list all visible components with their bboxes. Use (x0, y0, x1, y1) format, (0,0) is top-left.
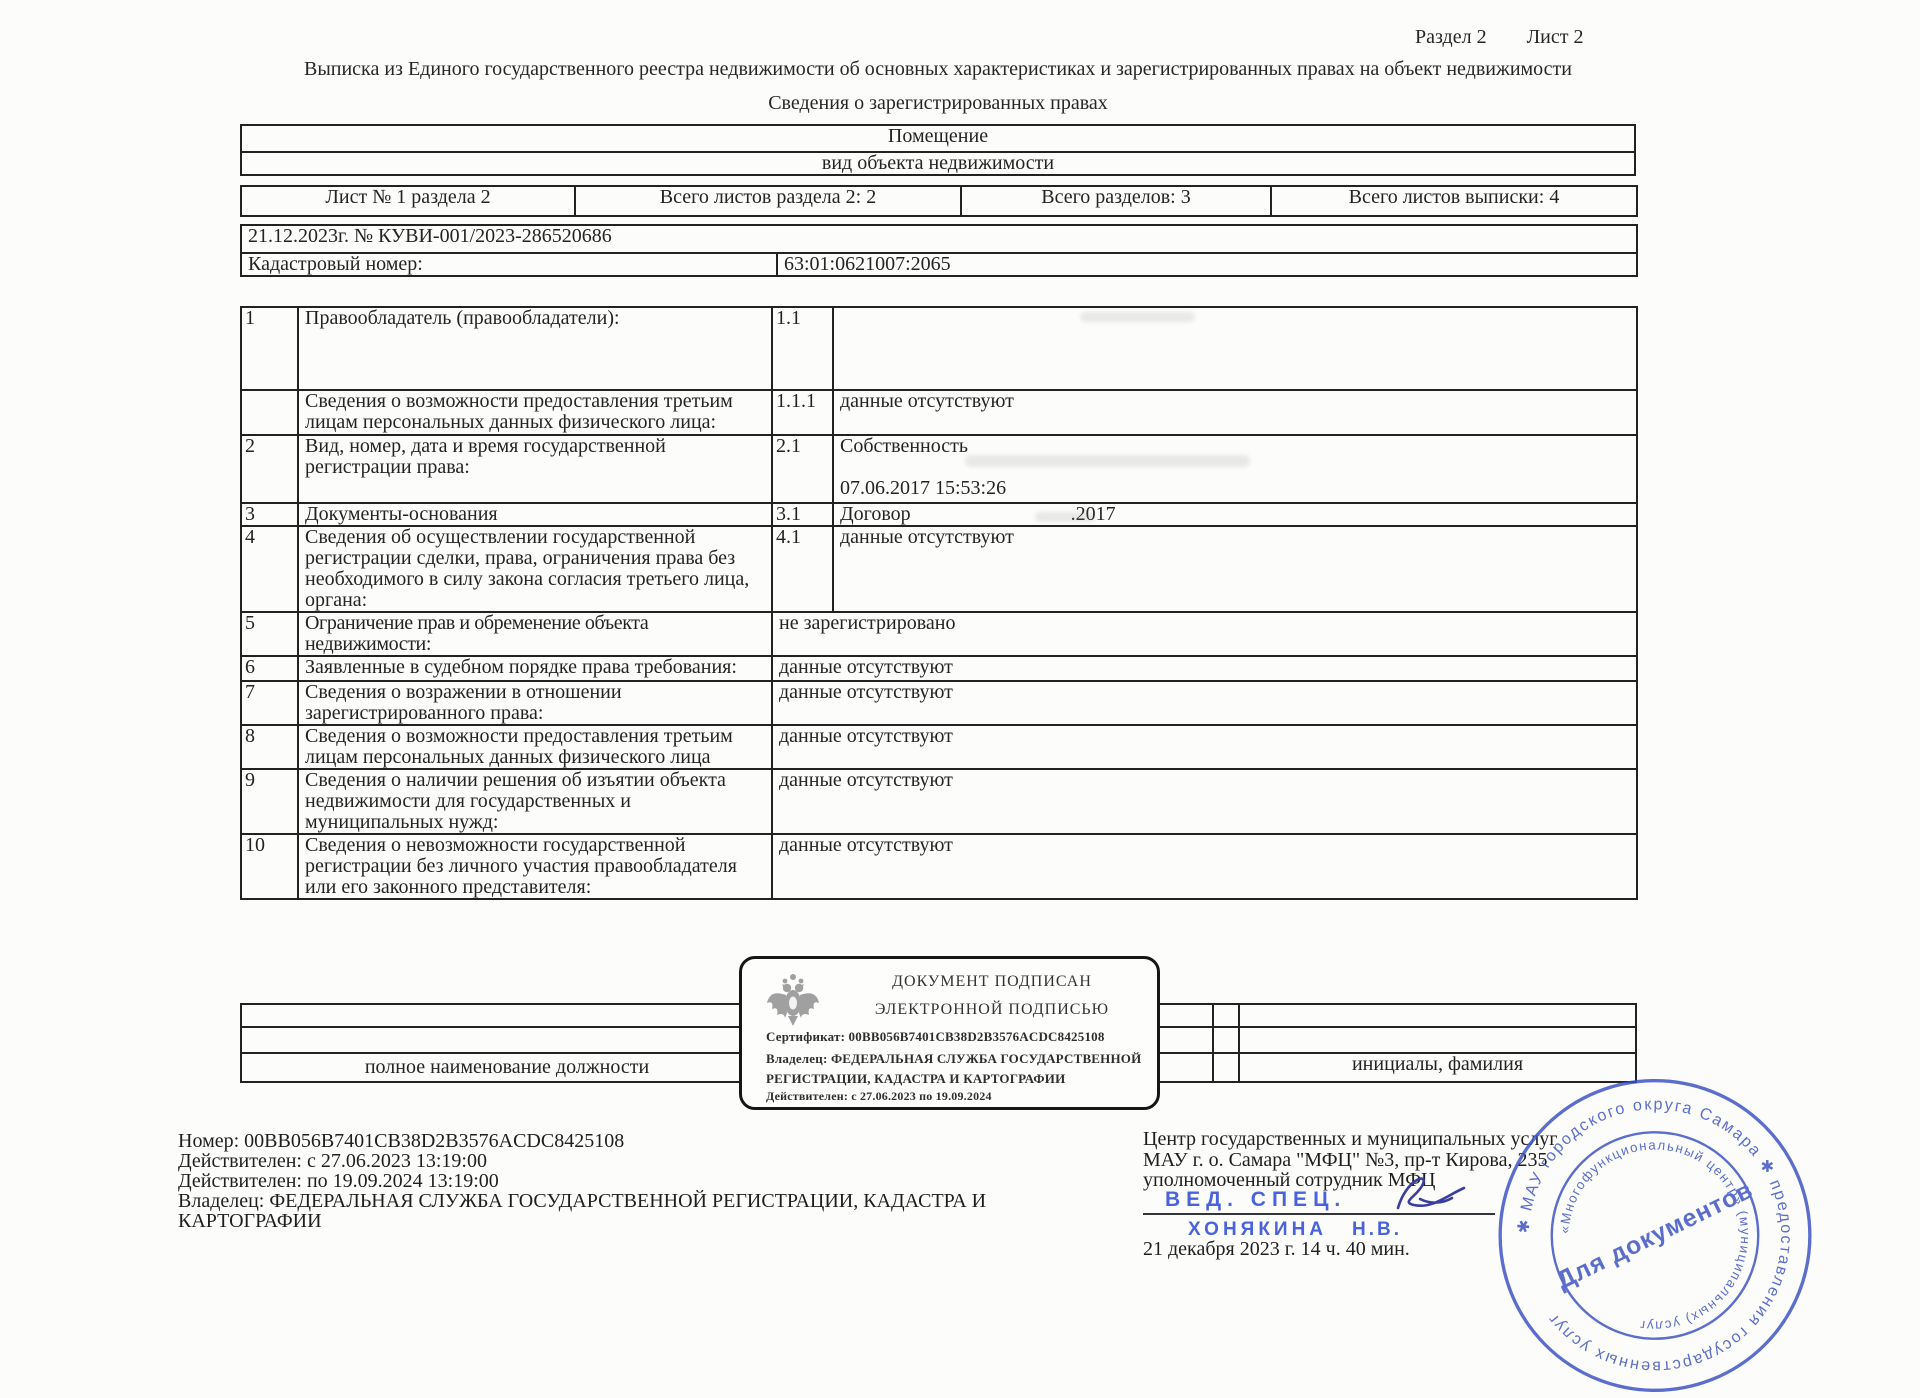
sheet-info-cell-3: Всего разделов: 3 (961, 186, 1271, 216)
right-type-value: Собственность (840, 436, 1630, 457)
row-num (241, 390, 298, 435)
row-label: Сведения о возможности предоставления тр… (298, 390, 772, 435)
row-num: 4 (241, 526, 298, 612)
document-title: Выписка из Единого государственного реес… (240, 58, 1636, 81)
table-row: 9 Сведения о наличии решения об изъятии … (241, 769, 1637, 834)
table-row: 6 Заявленные в судебном порядке права тр… (241, 656, 1637, 681)
sheet-info-cell-4: Всего листов выписки: 4 (1271, 186, 1637, 216)
row-num: 5 (241, 612, 298, 656)
table-row: 1 Правообладатель (правообладатели): 1.1 (241, 307, 1637, 390)
egrn-extract-page: Раздел 2 Лист 2 Выписка из Единого госуд… (0, 0, 1920, 1398)
row-subnum: 1.1 (772, 307, 833, 390)
stamped-position-text: ВЕД. СПЕЦ. (1165, 1188, 1346, 1212)
row-subnum: 1.1.1 (772, 390, 833, 435)
object-type-table: Помещение вид объекта недвижимости (240, 124, 1636, 176)
sheet-info-cell-2: Всего листов раздела 2: 2 (575, 186, 961, 216)
coat-of-arms-icon (764, 967, 822, 1029)
issue-datetime: 21 декабря 2023 г. 14 ч. 40 мин. (1143, 1238, 1410, 1261)
doc-date-number: 21.12.2023г. № КУВИ-001/2023-286520686 (241, 225, 1637, 253)
sheet-info-cell-1: Лист № 1 раздела 2 (241, 186, 575, 216)
certificate-number: Номер: 00BB056B7401CB38D2B3576ACDC842510… (178, 1131, 1078, 1151)
row-label: Сведения о возможности предоставления тр… (298, 725, 772, 769)
row-subnum: 4.1 (772, 526, 833, 612)
doc-info-table: 21.12.2023г. № КУВИ-001/2023-286520686 К… (240, 224, 1638, 277)
table-row: 10 Сведения о невозможности государствен… (241, 834, 1637, 899)
object-type-value: Помещение (241, 125, 1635, 152)
rights-table: 1 Правообладатель (правообладатели): 1.1… (240, 306, 1638, 900)
certificate-valid-from: Действителен: с 27.06.2023 13:19:00 (178, 1151, 1078, 1171)
esign-owner-line2: РЕГИСТРАЦИИ, КАДАСТРА И КАРТОГРАФИИ (766, 1071, 1065, 1087)
row-num: 1 (241, 307, 298, 390)
row-value: не зарегистрировано (772, 612, 1637, 656)
certificate-details-block: Номер: 00BB056B7401CB38D2B3576ACDC842510… (178, 1131, 1078, 1231)
row-label: Сведения о наличии решения об изъятии об… (298, 769, 772, 834)
row-label: Сведения об осуществлении государственно… (298, 526, 772, 612)
registration-datetime: 07.06.2017 15:53:26 (840, 478, 1630, 499)
table-row: 3 Документы-основания 3.1 Договор.2017 (241, 503, 1637, 526)
round-stamp-center-text: Для документов (1553, 1176, 1758, 1294)
row-label: Правообладатель (правообладатели): (298, 307, 772, 390)
round-stamp: ✱ МАУ городского округа Самара ✱ предост… (1488, 1073, 1822, 1398)
cadastral-label: Кадастровый номер: (241, 253, 777, 276)
row-label: Ограничение прав и обременение объекта н… (298, 612, 772, 656)
row-value: данные отсутствуют (772, 681, 1637, 725)
esign-owner-line1: Владелец: ФЕДЕРАЛЬНАЯ СЛУЖБА ГОСУДАРСТВЕ… (766, 1051, 1141, 1067)
row-value (833, 307, 1637, 390)
row-value: данные отсутствуют (833, 390, 1637, 435)
redaction-smudge (1080, 312, 1195, 322)
esign-title-line2: ЭЛЕКТРОННОЙ ПОДПИСЬЮ (847, 1001, 1137, 1019)
row-subnum: 2.1 (772, 435, 833, 503)
certificate-valid-to: Действителен: по 19.09.2024 13:19:00 (178, 1171, 1078, 1191)
table-row: 4 Сведения об осуществлении государствен… (241, 526, 1637, 612)
row-value: данные отсутствуют (772, 656, 1637, 681)
row-label: Сведения о возражении в отношении зареги… (298, 681, 772, 725)
table-row: 8 Сведения о возможности предоставления … (241, 725, 1637, 769)
redaction-smudge (1035, 512, 1095, 522)
row-value: Договор.2017 (833, 503, 1637, 526)
object-type-caption: вид объекта недвижимости (241, 152, 1635, 175)
table-row: 7 Сведения о возражении в отношении заре… (241, 681, 1637, 725)
table-row: 2 Вид, номер, дата и время государственн… (241, 435, 1637, 503)
certificate-owner-line1: Владелец: ФЕДЕРАЛЬНАЯ СЛУЖБА ГОСУДАРСТВЕ… (178, 1191, 1078, 1211)
esign-certificate: Сертификат: 00BB056B7401CB38D2B3576ACDC8… (766, 1029, 1105, 1045)
esign-validity: Действителен: с 27.06.2023 по 19.09.2024 (766, 1089, 992, 1104)
esign-title-line1: ДОКУМЕНТ ПОДПИСАН (847, 973, 1137, 991)
row-label: Вид, номер, дата и время государственной… (298, 435, 772, 503)
table-row: 5 Ограничение прав и обременение объекта… (241, 612, 1637, 656)
position-caption: полное наименование должности (242, 1057, 772, 1078)
row-label: Документы-основания (298, 503, 772, 526)
sheet-info-table: Лист № 1 раздела 2 Всего листов раздела … (240, 185, 1638, 217)
row-label: Заявленные в судебном порядке права треб… (298, 656, 772, 681)
stamped-surname-text: ХОНЯКИНА (1188, 1219, 1327, 1241)
row-value: данные отсутствуют (772, 834, 1637, 899)
row-value: Собственность 07.06.2017 15:53:26 (833, 435, 1637, 503)
redaction-smudge (965, 455, 1250, 467)
row-num: 9 (241, 769, 298, 834)
row-num: 10 (241, 834, 298, 899)
row-value: данные отсутствуют (833, 526, 1637, 612)
row-num: 6 (241, 656, 298, 681)
document-basis-value: Договор (840, 503, 911, 525)
row-value: данные отсутствуют (772, 769, 1637, 834)
handwritten-signature (1390, 1168, 1476, 1224)
table-row: Сведения о возможности предоставления тр… (241, 390, 1637, 435)
document-subtitle: Сведения о зарегистрированных правах (240, 92, 1636, 115)
section-label: Раздел 2 (1415, 26, 1487, 49)
row-value: данные отсутствуют (772, 725, 1637, 769)
row-num: 3 (241, 503, 298, 526)
row-subnum: 3.1 (772, 503, 833, 526)
esign-stamp-box: ДОКУМЕНТ ПОДПИСАН ЭЛЕКТРОННОЙ ПОДПИСЬЮ С… (739, 956, 1160, 1110)
certificate-owner-line2: КАРТОГРАФИИ (178, 1211, 1078, 1231)
row-num: 2 (241, 435, 298, 503)
page-corner-labels: Раздел 2 Лист 2 (1415, 26, 1583, 49)
cadastral-value: 63:01:0621007:2065 (777, 253, 1637, 276)
row-num: 8 (241, 725, 298, 769)
sheet-label: Лист 2 (1527, 26, 1584, 49)
row-label: Сведения о невозможности государственной… (298, 834, 772, 899)
row-num: 7 (241, 681, 298, 725)
